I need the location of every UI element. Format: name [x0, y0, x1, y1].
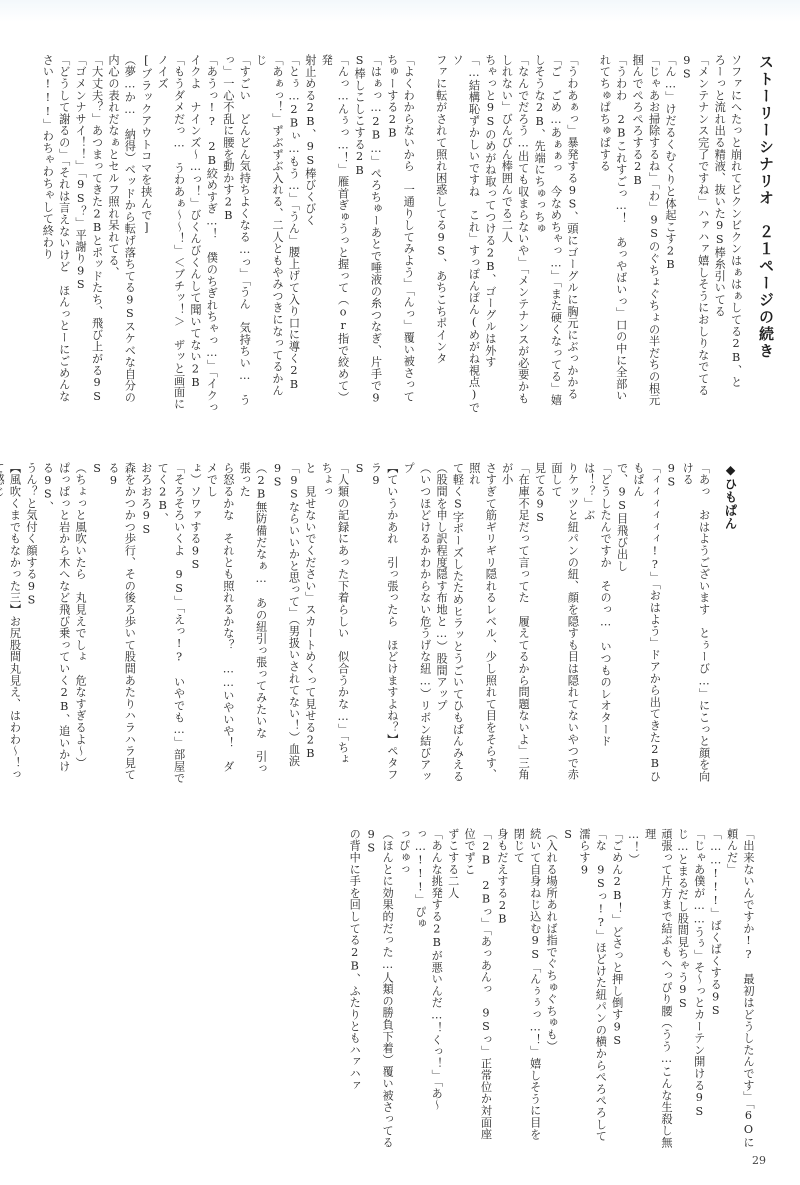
text-line: （股間を申し訳程度隠す布地と…）股間アップ [433, 462, 449, 784]
text-line: 「んっ…んぅっ…！」雁首ぎゅうっと握って（or指で絞めて）発 [318, 54, 351, 414]
text-line: ろーっと流れ出る精液、抜いた9S棒糸引いてる [711, 54, 727, 414]
text-line: （ほんとに効果的だった…人類の勝負下着）覆い被さってる9S [362, 828, 395, 1150]
text-line: 【ていうかあれ 引っ張ったら ほどけますよね？】ペタフラ9 [367, 462, 400, 784]
text-line: っぴゅっ [395, 828, 411, 1150]
text-line: イクよ ナインズ～…っ！」びくんびくんして聞いてない2B [187, 54, 203, 414]
text-line: 「在庫不足だって言ってた 履えてるから問題ないよ」三角が小 [498, 462, 531, 784]
text-line: 「…結構恥ずかしいですね これ」すっぽんぽん(めがね視点)でソ [449, 54, 482, 414]
text-line: S [559, 828, 575, 1150]
text-line: ちゅーする2B [383, 54, 399, 414]
text-line: ソファにへたっと崩れてビクンビクンはぁはぁしてる2B、と [727, 54, 743, 414]
text-line: …！） [625, 828, 641, 1150]
text-line: 「じゃあ僕が……うぅ」そ～っとカーテン開ける9S [690, 828, 706, 1150]
text-line: （入れる場所あれば指でぐちゅぐちゅも） [543, 828, 559, 1150]
text-line: さすぎて筋ギリギリ隠れるレベル、少し照れて目をそらす、照れ [466, 462, 499, 784]
text-line: 「うわあぁっ」暴発する9S、頭にゴーグルに胸元にぶっかかる [564, 54, 580, 414]
text-line: 「ご ごめ…あぁぁっ 今なめちゃっ…」「また硬くなってる」嬉 [547, 54, 563, 414]
text-line: 「はぁっ…2B…」ぺろちゅーあとで唾液の糸つなぎ、片手で9 [367, 54, 383, 414]
text-line: 「そろそろいくよ 9S」「えっ!? いやでも…」部屋でてく2B、 [154, 462, 187, 784]
text-line: ファに転がされて照れ困惑してる9S、あちこちポインタ [432, 54, 448, 414]
text-line: 「9Sならいいかと思って」（男扱いされてない！）血涙9S [269, 462, 302, 784]
text-line: S [88, 462, 104, 784]
text-line: 射止める2B、9S棒びくびく [301, 54, 317, 414]
text-line: 9S [662, 462, 678, 784]
text-line: じ [252, 54, 268, 414]
text-line: （2B無防備だなぁ… あの紐引っ張ってみたいな 引っ張った [236, 462, 269, 784]
text-line: （いつほどけるかわからない危うげな紐…）リボン結びアップ [400, 462, 433, 784]
text-line: 「じゃあお掃除するね」「わ」9Sのぐちょぐちょの半だちの根元 [645, 54, 661, 414]
text-line: 「よくわからないから 一通りしてみよう」「んっ」覆い被さって [400, 54, 416, 414]
text-line: 【風吹くまでもなかった三】お尻股間丸見え、はわわ～！って感じ [0, 462, 23, 784]
text-line: 「人類の記録にあった下着らしい 似合うかな…」「ちょ ちょっ [318, 462, 351, 784]
text-line: 続いて自身ねじ込む9S「んぅぅっ…！」嬉しそうに目を閉じて [510, 828, 543, 1150]
text-line: ノイズ [154, 54, 170, 414]
text-line: 「もうダメだっ… うわあぁ～～！」＜ブチッ！＞ ザッと画面に [170, 54, 186, 414]
story-section-bottom: 「出来ないんですか!? 最初はどうしたんです」「6Oに頼んだ」 「……!!!」ば… [516, 828, 756, 1150]
text-line: っ」一心不乱に腰を動かす2B [219, 54, 235, 414]
text-line: うん？と気付く顔する9S [23, 462, 39, 784]
text-line: 森をかつかつ歩行、その後ろ歩いて股間あたりハラハラ見てる9 [105, 462, 138, 784]
text-line: と 見せないでください」スカートめくって見せる2B [301, 462, 317, 784]
text-line: 内心の表れだなぁとセルフ照れ呆れてる、 [105, 54, 121, 414]
text-line: 「なんでだろう…出ても収まらないや」「メンテナンスが必要かも [514, 54, 530, 414]
text-line: ら怒るかな それとも照れるかな？ ……いやいや！ ダメでし [203, 462, 236, 784]
text-line: 「あうっ!? 2B絞めすぎ…！ 僕のちぎれちゃっ…」「イクっ [203, 54, 219, 414]
text-line: 「……!!!」ばくばくする9S [707, 828, 723, 1150]
document-page: ストーリーシナリオ ２１ページの続き ソファにへたっと崩れてビクンビクンはぁはぁ… [0, 0, 800, 1185]
text-line: 「あぁっ！」ずぶずぶ入れる、二人ともやみつきになってるかん [269, 54, 285, 414]
text-line: [ブラックアウトコマを挟んで] [137, 54, 153, 414]
text-line: 「どうしたんですか そのっ… いつものレオタードは！？」ぶ [580, 462, 613, 784]
text-line: ずこする二人 [444, 828, 460, 1150]
text-line: 「ィィィィィィ!?」「おはよう」ドアから出てきた2Bひもぱん [630, 462, 663, 784]
text-line: 掴んでぺろぺろする2B [629, 54, 645, 414]
text-line: 「ごめん2B！」どさっと押し倒す9S [608, 828, 624, 1150]
section-title: ストーリーシナリオ ２１ページの続き [758, 54, 774, 414]
text-line: 「あんな挑発する2Bが悪いんだ…！くっ！」「あ～っ…!!!」ぴゅ [411, 828, 444, 1150]
text-line: さい!!!」わちゃわちゃして終わり [39, 54, 55, 414]
text-line: 「すごい どんどん気持ちよくなる…っ」「うん 気持ちい… う [236, 54, 252, 414]
text-line: じ…とまるだし股間見ちゃう9S [674, 828, 690, 1150]
text-line: 「とぅ…2Bぃ…もう…」「うん」腰上げて入り口に導く2B [285, 54, 301, 414]
text-line: 「2B 2Bっ」「あっあんっ 9Sっ」正常位か対面座位でずこ [461, 828, 494, 1150]
text-line: 「出来ないんですか!? 最初はどうしたんです」「6Oに頼んだ」 [723, 828, 756, 1150]
text-line: S棒しこしこする2B [351, 54, 367, 414]
story-section-middle: ◆ひもぱん 「あっ おはようございます とぅーび…」にこっと顔を向ける 9S 「… [58, 462, 738, 784]
text-line: りケッツと紐パンの紐、顔を隠すも目は隠れてないやつで赤面して [548, 462, 581, 784]
text-line: ぱっぱっと岩から木へなど飛び乗っていく2B、追いかける9S、 [39, 462, 72, 784]
text-line: 「あっ おはようございます とぅーび…」にこっと顔を向ける [679, 462, 712, 784]
text-line: 見てる9S [531, 462, 547, 784]
text-line: しれない」びんびん棒囲んでる二人 [498, 54, 514, 414]
text-line: （夢…か… 納得）ベッドから転げ落ちてる9Sスケベな自分の [121, 54, 137, 414]
text-line: 「どうして謝るの」「それは言えないけど ほんっとーにごめんな [55, 54, 71, 414]
text-line: 「な 9Sっ!?」ほどけた紐パンの横からぺろぺろして濡らす9 [576, 828, 609, 1150]
text-line: 「大丈夫？」あつまってきた2Bとポッドたち、飛び上がる9S [88, 54, 104, 414]
text-line: おろおろ9S [137, 462, 153, 784]
text-line: S [351, 462, 367, 784]
text-line: 「ゴメンナサイ！！」「9S？」平謝り9S [72, 54, 88, 414]
text-line: 頑張って片方まで結ぶもへっぴり腰（うう…こんな生殺し無理 [641, 828, 674, 1150]
text-line: 「メンテナンス完了ですね」ハァハァ嬉しそうにおしりなでてる [694, 54, 710, 414]
text-line: しそうな2B、先端にちゅっちゅ [531, 54, 547, 414]
text-line: ょ）ソワァする9S [187, 462, 203, 784]
page-number: 29 [752, 1154, 766, 1167]
text-line: 9S [678, 54, 694, 414]
text-line: 「うわわ 2Bこれすごっ…！ あっやばいっ」口の中に全部い [612, 54, 628, 414]
text-line: 身もだえする2B [494, 828, 510, 1150]
text-line: 「ん…」けだるくむくりと体起こす2B [662, 54, 678, 414]
text-line: （ちょっと風吹いたら 丸見えでしょ 危なすぎるよ～） [72, 462, 88, 784]
story-section-top: ストーリーシナリオ ２１ページの続き ソファにへたっと崩れてビクンビクンはぁはぁ… [154, 54, 774, 414]
text-line: れてちゅぱちゅぱする [596, 54, 612, 414]
text-line: て軽くS字ポーズしたためヒラッとうごいてひもぱんみえる [449, 462, 465, 784]
text-line: で、9S目飛び出し [613, 462, 629, 784]
text-line: ちゃっと9Sのめがね取ってつける2B、ゴーグルは外す [482, 54, 498, 414]
section-title: ◆ひもぱん [722, 462, 738, 784]
text-line: の背中に手を回してる2B、ふたりともハァハァ [346, 828, 362, 1150]
